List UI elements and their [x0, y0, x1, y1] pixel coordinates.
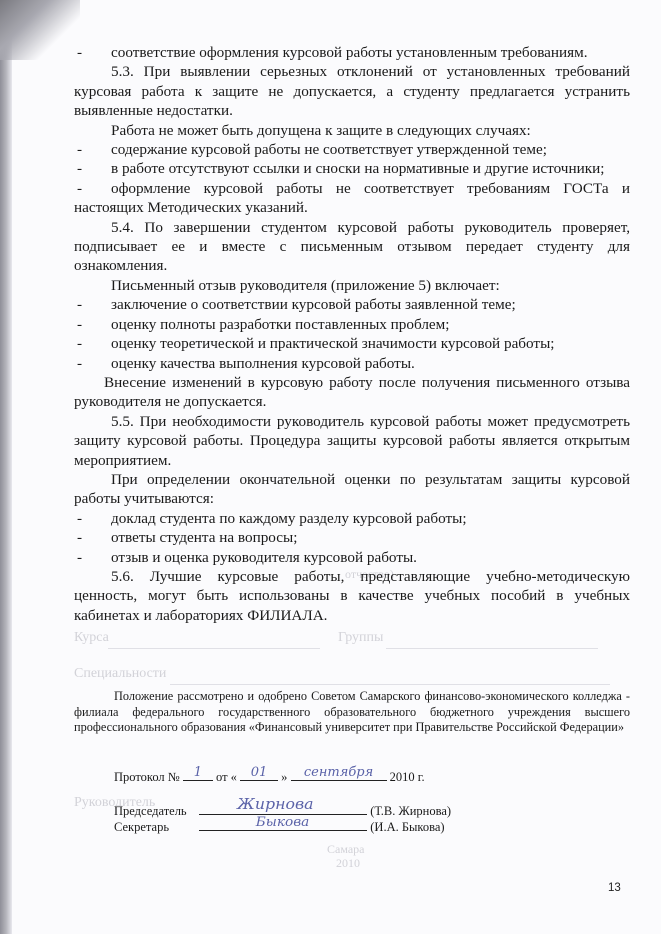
list-item: - соответствие оформления курсовой работ…	[74, 43, 630, 62]
paragraph-5-4: 5.4. По завершении студентом курсовой ра…	[74, 218, 630, 276]
list-item: -оформление курсовой работы не соответст…	[74, 179, 630, 218]
dash-bullet: -	[74, 43, 111, 62]
protocol-month-field: сентября	[291, 766, 387, 781]
bleed-group-label: Группы	[338, 630, 383, 646]
list-item: - заключение о соответствии курсовой раб…	[74, 295, 630, 314]
page-number: 13	[608, 882, 621, 894]
protocol-number-field: 1	[183, 766, 213, 781]
paragraph-5-3: 5.3. При выявлении серьезных отклонений …	[74, 62, 630, 120]
handwritten-signature: Жирнова	[237, 795, 313, 813]
bleed-line	[386, 648, 598, 649]
document-body: - соответствие оформления курсовой работ…	[74, 43, 630, 625]
dash-bullet: -	[74, 509, 111, 528]
dash-bullet: -	[74, 159, 111, 178]
list-item-text: оценку теоретической и практической знач…	[111, 334, 630, 353]
dash-bullet: -	[74, 140, 111, 159]
signature-line: Быкова	[199, 816, 367, 831]
protocol-line: Протокол № 1 от « 01 » сентября 2010 г.	[114, 766, 425, 785]
bleed-course-label: Курса	[74, 630, 109, 646]
signature-line: Жирнова	[199, 800, 367, 815]
list-item-text: соответствие оформления курсовой работы …	[111, 43, 630, 62]
list-item: - ответы студента на вопросы;	[74, 528, 630, 547]
dash-bullet: -	[74, 179, 111, 198]
list-item-text: в работе отсутствуют ссылки и сноски на …	[111, 159, 630, 178]
scan-corner-shadow	[0, 0, 80, 60]
bleed-line	[170, 684, 610, 685]
list-item: - оценку теоретической и практической зн…	[74, 334, 630, 353]
list-item: - доклад студента по каждому разделу кур…	[74, 509, 630, 528]
bleed-city: Самара	[327, 842, 365, 857]
protocol-day: 01	[240, 765, 278, 780]
protocol-from-label: от «	[216, 770, 237, 784]
dash-bullet: -	[74, 528, 111, 547]
approval-text: Положение рассмотрено и одобрено Советом…	[74, 689, 630, 736]
protocol-month: сентября	[291, 765, 387, 780]
dash-bullet: -	[74, 315, 111, 334]
paragraph-not-admitted-intro: Работа не может быть допущена к защите в…	[74, 121, 630, 140]
paragraph-final-grade-intro: При определении окончательной оценки по …	[74, 470, 630, 509]
protocol-day-field: 01	[240, 766, 278, 781]
list-item-text: оценку качества выполнения курсовой рабо…	[111, 354, 630, 373]
scan-page-edge	[0, 0, 12, 934]
protocol-label: Протокол №	[114, 770, 180, 784]
signatory-name: (И.А. Быкова)	[370, 820, 444, 834]
list-item: - оценку качества выполнения курсовой ра…	[74, 354, 630, 373]
list-item-text: оценку полноты разработки поставленных п…	[111, 315, 630, 334]
paragraph-review-intro: Письменный отзыв руководителя (приложени…	[74, 276, 630, 295]
dash-bullet: -	[74, 354, 111, 373]
handwritten-signature: Быкова	[256, 815, 310, 830]
bleed-line	[108, 648, 320, 649]
signature-row-secretary: Секретарь Быкова (И.А. Быкова)	[114, 816, 445, 835]
list-item-text: содержание курсовой работы не соответств…	[111, 140, 630, 159]
list-item: - отзыв и оценка руководителя курсовой р…	[74, 548, 630, 567]
approval-note: Положение рассмотрено и одобрено Советом…	[74, 689, 630, 736]
protocol-number: 1	[183, 765, 213, 780]
paragraph-no-changes: Внесение изменений в курсовую работу пос…	[74, 373, 630, 412]
protocol-year: 2010 г.	[390, 770, 425, 784]
list-item: - в работе отсутствуют ссылки и сноски н…	[74, 159, 630, 178]
dash-bullet: -	[74, 548, 111, 567]
paragraph-5-6: 5.6. Лучшие курсовые работы, представляю…	[74, 567, 630, 625]
list-item: - оценку полноты разработки поставленных…	[74, 315, 630, 334]
bleed-specialty-label: Специальности	[74, 666, 166, 682]
bleed-year: 2010	[336, 856, 360, 871]
list-item-text: отзыв и оценка руководителя курсовой раб…	[111, 548, 630, 567]
paragraph-5-5: 5.5. При необходимости руководитель курс…	[74, 412, 630, 470]
list-item-text: ответы студента на вопросы;	[111, 528, 630, 547]
signature-role: Секретарь	[114, 820, 196, 835]
dash-bullet: -	[74, 295, 111, 314]
dash-bullet: -	[74, 334, 111, 353]
list-item-text: оформление курсовой работы не соответств…	[74, 180, 630, 216]
list-item-text: доклад студента по каждому разделу курсо…	[111, 509, 630, 528]
list-item: - содержание курсовой работы не соответс…	[74, 140, 630, 159]
protocol-quote-close: »	[281, 770, 287, 784]
list-item-text: заключение о соответствии курсовой работ…	[111, 295, 630, 314]
